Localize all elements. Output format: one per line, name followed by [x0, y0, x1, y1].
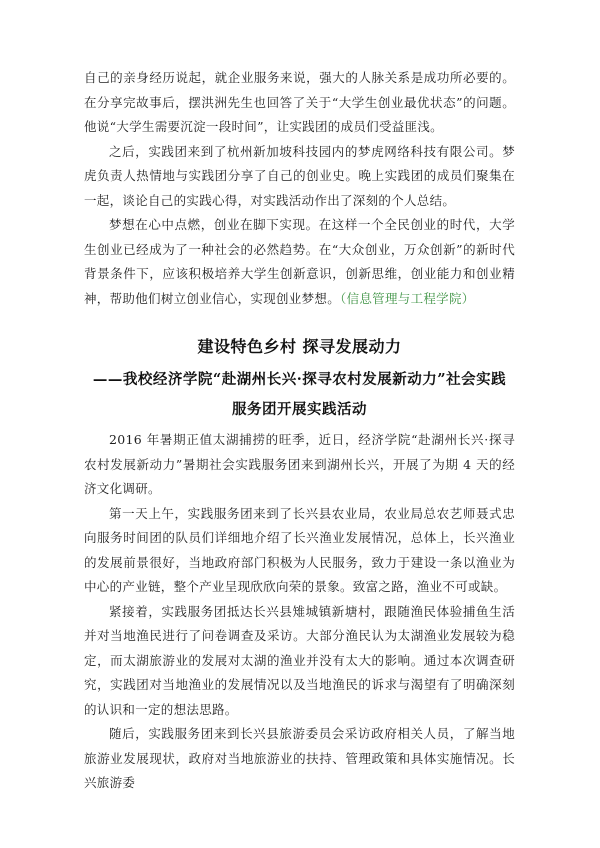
paragraph: 之后，实践团来到了杭州新加坡科技园内的梦虎网络科技有限公司。梦虎负责人热情地与实…: [84, 140, 515, 214]
department-note: （信息管理与工程学院）: [340, 291, 475, 306]
paragraph-truncated-at-page-bottom: 随后，实践服务团来到长兴县旅游委员会采访政府相关人员，了解当地旅游业发展现状，政…: [84, 722, 515, 796]
article-title: 建设特色乡村 探寻发展动力: [84, 332, 515, 362]
paragraph-with-department-note: 梦想在心中点燃，创业在脚下实现。在这样一个全民创业的时代，大学生创业已经成为了一…: [84, 213, 515, 311]
paragraph: 紧接着，实践服务团抵达长兴县雉城镇新塘村，跟随渔民体验捕鱼生活并对当地渔民进行了…: [84, 600, 515, 723]
article-subtitle-line1: ——我校经济学院“赴湖州长兴·探寻农村发展新动力”社会实践: [93, 371, 506, 388]
paragraph: 第一天上午，实践服务团来到了长兴县农业局，农业局总农艺师聂式忠向服务时间团的队员…: [84, 502, 515, 600]
paragraph-continuation: 自己的亲身经历说起，就企业服务来说，强大的人脉关系是成功所必要的。在分享完故事后…: [84, 66, 515, 140]
article-subtitle-line2: 服务团开展实践活动: [232, 401, 367, 418]
paragraph: 2016 年暑期正值太湖捕捞的旺季，近日，经济学院“赴湖州长兴·探寻农村发展新动…: [84, 428, 515, 502]
article-subtitle: ——我校经济学院“赴湖州长兴·探寻农村发展新动力”社会实践服务团开展实践活动: [84, 365, 515, 425]
document-page: 自己的亲身经历说起，就企业服务来说，强大的人脉关系是成功所必要的。在分享完故事后…: [0, 0, 600, 848]
